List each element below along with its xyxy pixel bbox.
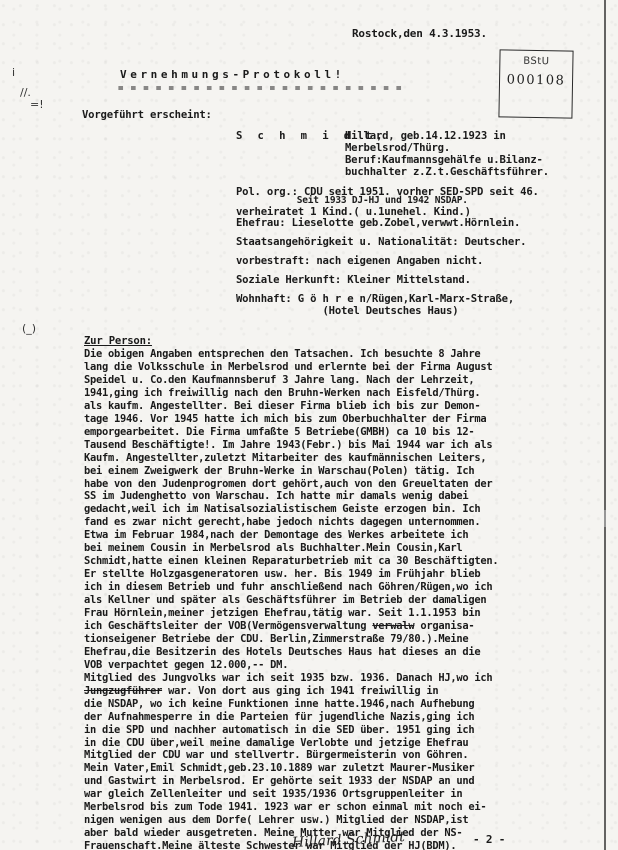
body-line: emporgearbeitet. Die Firma umfaßte 5 Bet… [84,426,474,439]
body-line: SS im Judenghetto von Warschau. Ich hatt… [84,490,468,503]
body-line: Mitglied der CDU war und stellvertr. Bür… [84,749,468,762]
body-line: 1941,ging ich freiwillig nach den Bruhn-… [84,387,480,400]
body-line: Die obigen Angaben entsprechen den Tatsa… [84,348,480,361]
archive-stamp: BStU 000108 [498,49,573,118]
body-line: tionseigener Betriebe der CDU. Berlin,Zi… [84,633,468,646]
field-line: Soziale Herkunft: Kleiner Mittelstand. [236,274,471,287]
body-line: Jungzugführer war. Von dort aus ging ich… [84,685,438,698]
struck-text: verwalw [372,620,414,632]
field-line: Ehefrau: Lieselotte geb.Zobel,verwwt.Hör… [236,217,520,230]
body-line: und Gastwirt in Merbelsrod. Er gehörte s… [84,775,474,788]
body-line: habe von den Judenprogromen dort gehört,… [84,478,492,491]
body-line: Speidel u. Co.den Kaufmannsberuf 3 Jahre… [84,374,474,387]
body-line: aber bald wieder ausgetreten. Meine Mutt… [84,827,462,840]
body-line: Mitglied des Jungvolks war ich seit 1935… [84,672,492,685]
body-line: fand es zwar nicht gerecht,habe jedoch n… [84,516,480,529]
body-line: Kaufm. Angestellter,zuletzt Mitarbeiter … [84,452,486,465]
stamp-org: BStU [500,55,572,67]
body-line: Ehefrau,die Besitzerin des Hotels Deutsc… [84,646,480,659]
title-underline: = = = = = = = = = = = = = = = = = = = = … [118,83,402,96]
body-line: tage 1946. Vor 1945 hatte ich mich bis z… [84,413,486,426]
section-heading: Zur Person: [84,335,152,348]
field-line: vorbestraft: nach eigenen Angaben nicht. [236,255,483,268]
body-line: Frau Hörnlein,meiner jetzigen Ehefrau,tä… [84,607,480,620]
person-line: buchhalter z.Z.t.Geschäftsführer. [345,166,549,179]
body-line: bei einem Zweigwerk der Bruhn-Werke in W… [84,465,474,478]
body-line: war gleich Zellenleiter und seit 1935/19… [84,788,462,801]
body-line: der Aufnahmesperre in die Parteien für j… [84,711,474,724]
body-line: in die CDU über,weil meine damalige Verl… [84,737,468,750]
body-line: Etwa im Februar 1984,nach der Demontage … [84,529,468,542]
document-page: i //. =! (_) Rostock,den 4.3.1953. Verne… [0,0,618,850]
place-date: Rostock,den 4.3.1953. [352,27,487,40]
body-line: gedacht,weil ich im Natisalsozialistisch… [84,503,480,516]
body-line: Merbelsrod bis zum Tode 1941. 1923 war e… [84,801,486,814]
margin-mark: =! [30,98,44,111]
document-title: Vernehmungs-Protokoll! [120,68,345,81]
body-line: Tausend Beschäftigte!. Im Jahre 1943(Feb… [84,439,492,452]
body-line: nigen wenigen aus dem Dorfe( Lehrer usw.… [84,814,468,827]
field-line: Staatsangehörigkeit u. Nationalität: Deu… [236,236,526,249]
stamp-number: 000108 [500,72,572,88]
body-line: als kaufm. Angestellter. Bei dieser Firm… [84,400,480,413]
body-line: Er stellte Holzgasgeneratoren usw. her. … [84,568,480,581]
body-line: ich in diesem Betrieb und fuhr anschließ… [84,581,492,594]
page-edge [604,0,606,850]
body-line: als Kellner und später als Geschäftsführ… [84,594,486,607]
body-line: bei meinem Cousin in Merbelsrod als Buch… [84,542,462,555]
body-line: VOB verpachtet gegen 12.000,-- DM. [84,659,288,672]
body-line: ich Geschäftsleiter der VOB(Vermögensver… [84,620,474,633]
margin-mark: i [12,66,15,79]
field-line: (Hotel Deutsches Haus) [236,305,458,318]
body-line: Schmidt,hatte einen kleinen Reparaturbet… [84,555,498,568]
body-line: die NSDAP, wo ich keine Funktionen inne … [84,698,474,711]
body-line: in die SPD und nachher automatisch in di… [84,724,474,737]
body-line: lang die Volksschule in Merbelsrod und e… [84,361,492,374]
page-number: - 2 - [473,833,505,846]
margin-mark: (_) [22,322,36,335]
body-line: Mein Vater,Emil Schmidt,geb.23.10.1889 w… [84,762,474,775]
intro-label: Vorgeführt erscheint: [82,109,212,122]
struck-text: Jungzugführer [84,685,162,697]
